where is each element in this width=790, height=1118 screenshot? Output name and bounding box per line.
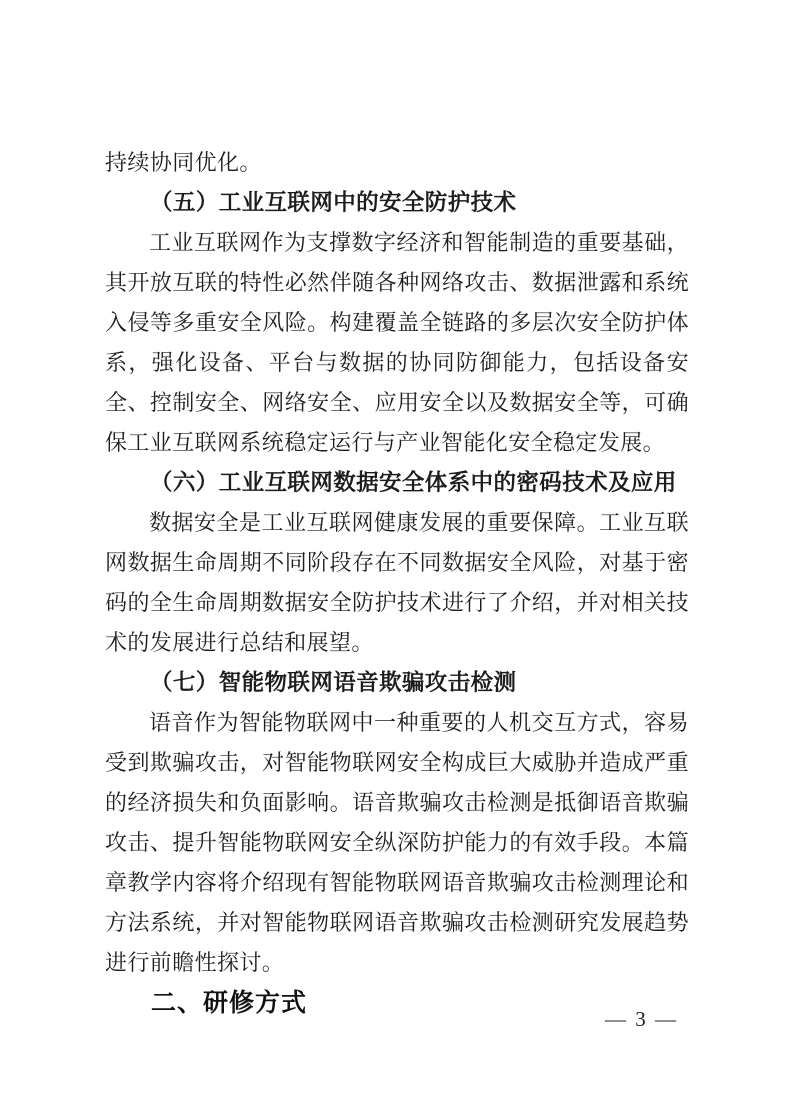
page-content: 持续协同优化。 （五）工业互联网中的安全防护技术 工业互联网作为支撑数字经济和智… [105, 143, 689, 1024]
section-7-paragraph: 语音作为智能物联网中一种重要的人机交互方式，容易受到欺骗攻击，对智能物联网安全构… [105, 703, 689, 983]
section-5-paragraph: 工业互联网作为支撑数字经济和智能制造的重要基础，其开放互联的特性必然伴随各种网络… [105, 223, 689, 463]
document-page: 持续协同优化。 （五）工业互联网中的安全防护技术 工业互联网作为支撑数字经济和智… [0, 0, 790, 1118]
section-heading-6: （六）工业互联网数据安全体系中的密码技术及应用 [105, 463, 689, 503]
section-heading-two: 二、研修方式 [105, 983, 689, 1024]
section-heading-5: （五）工业互联网中的安全防护技术 [105, 183, 689, 223]
section-6-paragraph: 数据安全是工业互联网健康发展的重要保障。工业互联网数据生命周期不同阶段存在不同数… [105, 503, 689, 663]
section-heading-7: （七）智能物联网语音欺骗攻击检测 [105, 663, 689, 703]
paragraph-continuation: 持续协同优化。 [105, 143, 689, 183]
page-number: — 3 — [605, 1005, 678, 1033]
